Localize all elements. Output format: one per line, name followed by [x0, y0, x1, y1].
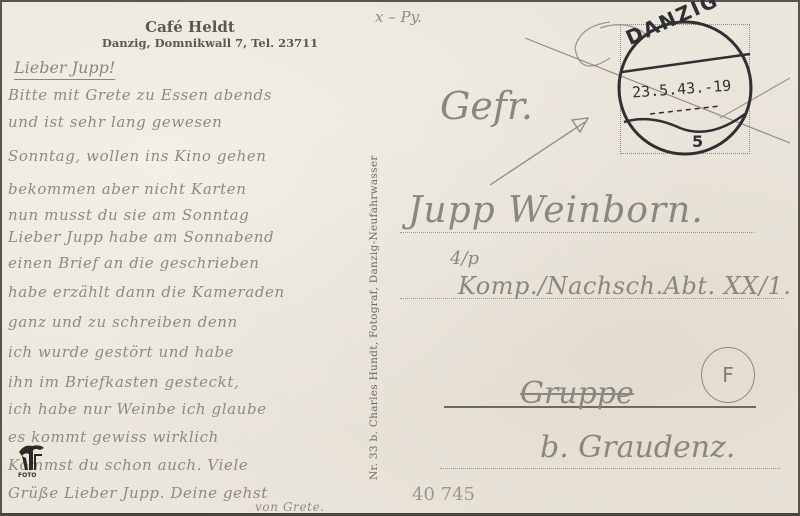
message-line: ihn im Briefkasten gesteckt, — [8, 373, 239, 391]
message-line: und ist sehr lang gewesen — [8, 113, 222, 131]
cafe-name: Café Heldt — [40, 18, 340, 36]
message-line: von Grete. — [255, 500, 325, 514]
message-line: ich wurde gestört und habe — [8, 343, 234, 361]
archive-number: 40 745 — [412, 484, 475, 505]
address-service-note: Gefr. — [440, 84, 533, 128]
foto-label: FOTO — [18, 472, 36, 479]
message-line: nun musst du sie am Sonntag — [8, 206, 249, 224]
message-greeting: Lieber Jupp! — [14, 58, 115, 77]
message-line: ich habe nur Weinbe ich glaube — [8, 400, 267, 418]
address-unit-prefix: 4/p — [450, 248, 479, 269]
postcard-reverse: Café Heldt Danzig, Domnikwall 7, Tel. 23… — [0, 0, 800, 516]
publisher-credit: Nr. 33 b. Charles Hundt, Fotograf, Danzi… — [368, 155, 380, 480]
message-line: Bitte mit Grete zu Essen abends — [8, 86, 272, 104]
address-unit: Komp./Nachsch.Abt. XX/1. — [458, 272, 791, 300]
cafe-address: Danzig, Domnikwall 7, Tel. 23711 — [70, 36, 350, 50]
top-annotation: x – Py. — [375, 8, 422, 26]
message-line: bekommen aber nicht Karten — [8, 180, 247, 198]
address-line-1 — [400, 232, 754, 233]
address-place: b. Graudenz. — [540, 430, 735, 465]
address-place-struck: Gruppe — [520, 376, 634, 411]
message-line: einen Brief an die geschrieben — [8, 254, 259, 272]
address-line-4 — [440, 468, 780, 469]
postmark-code: 5 — [692, 132, 703, 151]
message-line: Lieber Jupp habe am Sonnabend — [8, 228, 274, 246]
circled-mark: F — [701, 347, 755, 403]
message-line: ganz und zu schreiben denn — [8, 313, 238, 331]
address-recipient: Jupp Weinborn. — [408, 190, 704, 231]
message-line: habe erzählt dann die Kameraden — [8, 283, 285, 301]
message-line: Grüße Lieber Jupp. Deine gehst — [8, 484, 268, 502]
message-line: Sonntag, wollen ins Kino gehen — [8, 147, 267, 165]
